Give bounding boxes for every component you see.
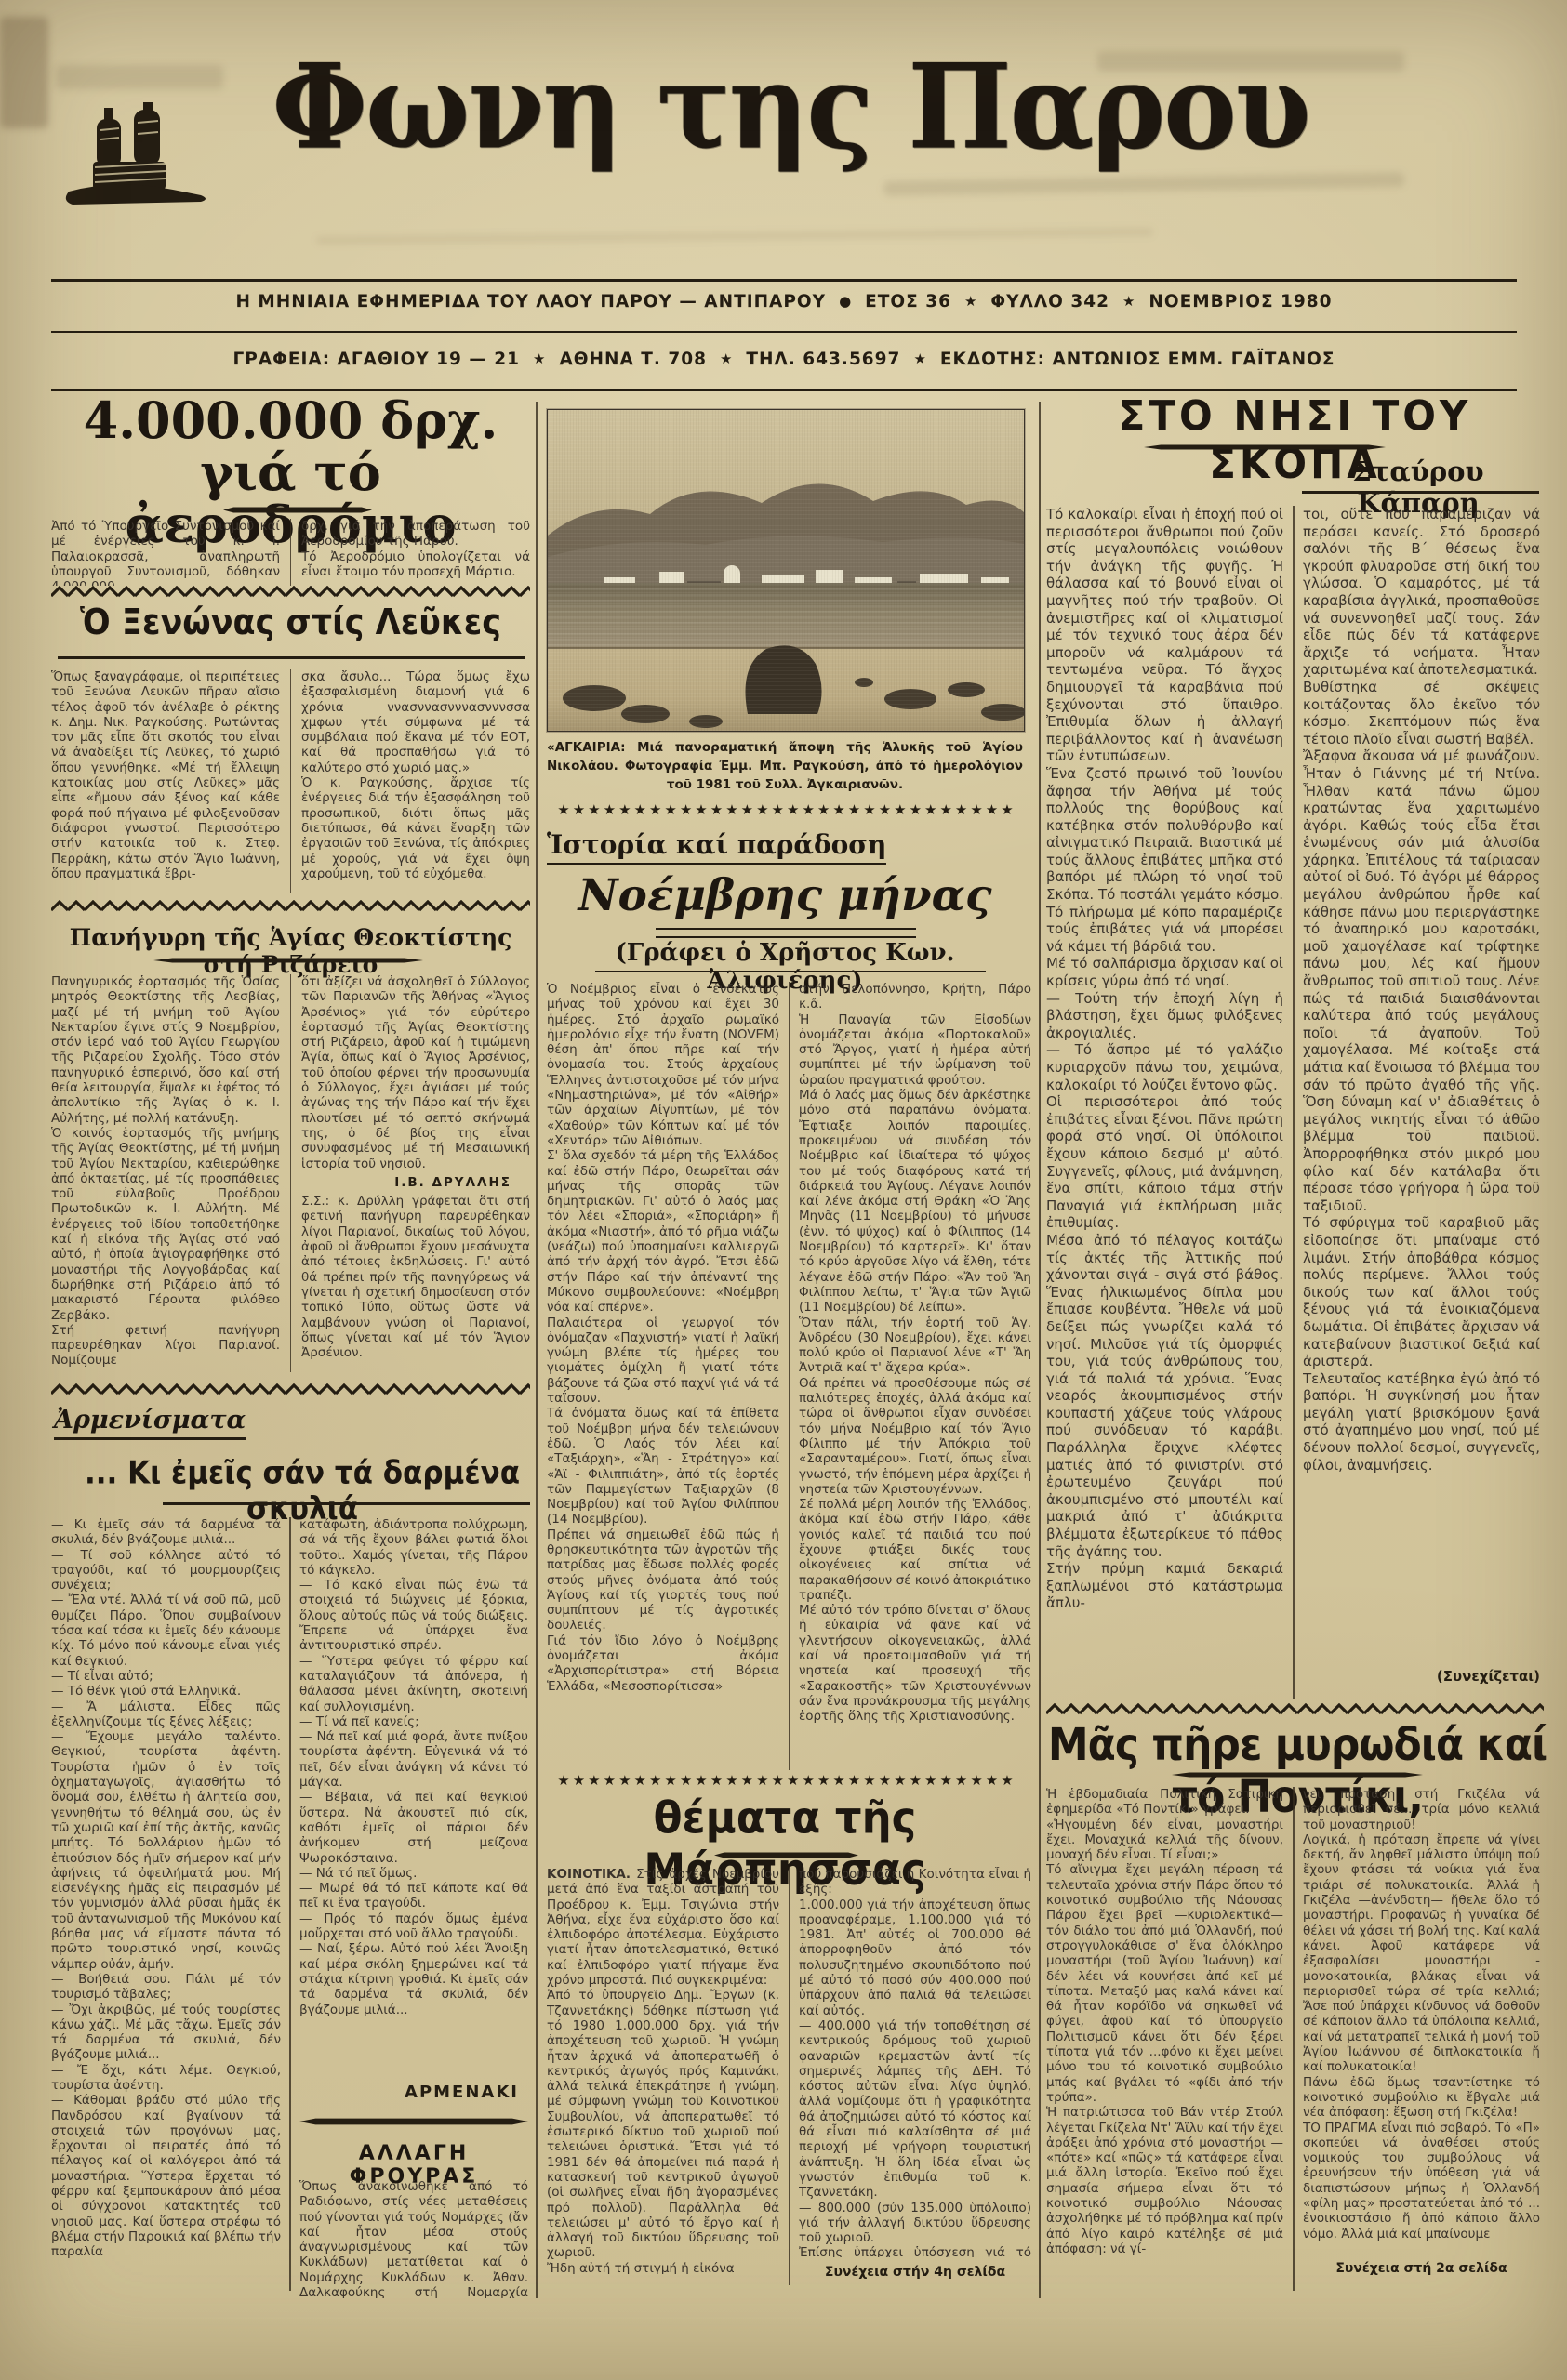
ink-smudge	[316, 228, 1153, 244]
column-divider	[1039, 402, 1041, 2298]
wavy-divider	[1046, 1703, 1544, 1715]
star-separator-icon: ★	[520, 350, 559, 367]
article-theoktisti-body: Πανηγυρικός ἑορτασμός τῆς Ὁσίας μητρός Θ…	[51, 974, 530, 1372]
continuation-note: Συνέχεια στή 2α σελίδα	[1303, 2261, 1540, 2276]
taper-rule	[1172, 1772, 1423, 1778]
paper-year: ΕΤΟΣ 36	[865, 292, 951, 311]
rule	[51, 279, 1517, 282]
article-airport-body: Ἀπό τό Ὑπουργεῖο Συντονισμοῦ καί μέ ἐνέρ…	[51, 519, 530, 586]
column-divider	[789, 1867, 790, 2285]
rule	[595, 971, 986, 972]
ink-smudge	[56, 65, 223, 89]
article-skopa-col2: τοι, οὔτε πού παραμέριζαν νά περάσει καν…	[1303, 506, 1540, 1659]
article-theoktisti-col2: ὅτι ἀξίζει νά ἀσχοληθεῖ ὁ Σύλλογος τῶν Π…	[290, 974, 530, 1372]
paper-info-line: Η ΜΗΝΙΑΙΑ ΕΦΗΜΕΡΙΔΑ ΤΟΥ ΛΑΟΥ ΠΑΡΟΥ — ΑΝΤ…	[51, 292, 1517, 311]
column-divider	[536, 402, 538, 2298]
rule	[163, 1502, 530, 1505]
article-airport-col1: Ἀπό τό Ὑπουργεῖο Συντονισμοῦ καί μέ ἐνέρ…	[51, 519, 290, 586]
star-separator-icon: ★	[707, 350, 746, 367]
column-divider	[1293, 1787, 1295, 2291]
photo-caption: «ΑΓΚΑΙΡΙΑ: Μιά πανοραματική ἄποψη τῆς Ἁλ…	[547, 738, 1023, 798]
rule	[58, 656, 525, 659]
section-label-istoria: Ἱστορία καί παράδοση	[547, 829, 886, 865]
article-allagi-body: Ὅπως ἀνακοινώθηκε ἀπό τό Ραδιόφωνο, στίς…	[299, 2179, 528, 2298]
article-marpissa-lead: ΚΟΙΝΟΤΙΚΑ.	[547, 1867, 631, 1882]
article-pontiki-col1: Ἡ ἑβδομαδιαία Πολιτική Σατιρική ἐφημερίδ…	[1046, 1787, 1283, 2291]
wavy-divider	[51, 586, 530, 598]
article-noemvris-col2: στήν Πελοπόννησο, Κρήτη, Πάρο κ.ἄ. Ἡ Παν…	[799, 982, 1031, 1770]
photo-rocks	[548, 610, 1024, 731]
paper-offices: ΓΡΑΦΕΙΑ: ΑΓΑΘΙΟΥ 19 — 21	[232, 350, 520, 369]
continuation-note: Συνέχεια στήν 4η σελίδα	[799, 2265, 1031, 2280]
rule	[1302, 491, 1539, 494]
article-theoktisti-note: Σ.Σ.: κ. Δρύλλη γράφεται ὅτι στή φετινή …	[301, 1194, 530, 1360]
paper-offices-line: ΓΡΑΦΕΙΑ: ΑΓΑΘΙΟΥ 19 — 21★ΑΘΗΝΑ Τ. 708★ΤΗ…	[51, 350, 1517, 369]
author-signature: ΑΡΜΕΝΑΚΙ	[299, 2082, 519, 2102]
paper-subtitle: Η ΜΗΝΙΑΙΑ ΕΦΗΜΕΡΙΔΑ ΤΟΥ ΛΑΟΥ ΠΑΡΟΥ — ΑΝΤ…	[235, 292, 826, 311]
masthead-logo-windmill-icon	[61, 102, 215, 225]
photo-alyki-agios-nikolaos	[547, 409, 1025, 732]
star-separator-icon: ★	[1109, 293, 1149, 310]
taper-rule	[714, 1852, 858, 1858]
paper-publisher: ΕΚΔΟΤΗΣ: ΑΝΤΩΝΙΟΣ ΕΜΜ. ΓΑΪΤΑΝΟΣ	[940, 350, 1335, 369]
bullet-icon: ●	[826, 293, 865, 310]
newspaper-page: Φωνη της Παρου Η ΜΗΝΙΑΙΑ ΕΦΗΜΕΡΙΔΑ ΤΟΥ Λ…	[0, 0, 1567, 2380]
paper-city: ΑΘΗΝΑ Τ. 708	[559, 350, 706, 369]
newspaper-title: Φωνη της Παρου	[209, 48, 1372, 165]
headline-theoktisti: Πανήγυρη τῆς Ἁγίας Θεοκτίστης στή Ριζάρε…	[51, 924, 530, 978]
article-pontiki-col2: νει πρόταση στή Γκιζέλα νά περιορισθεῖ σ…	[1303, 1787, 1540, 2256]
continuation-note: (Συνεχίζεται)	[1303, 1668, 1540, 1685]
paper-date: ΝΟΕΜΒΡΙΟΣ 1980	[1149, 292, 1332, 311]
taper-rule	[153, 958, 423, 963]
author-signature: Ι.Β. ΔΡΥΛΛΗΣ	[301, 1171, 530, 1194]
paper-phone: ΤΗΛ. 643.5697	[746, 350, 900, 369]
column-divider	[289, 1517, 291, 2291]
article-xenonas-body: Ὅπως ξαναγράφαμε, οἱ περιπέτειες τοῦ Ξεν…	[51, 669, 530, 892]
star-separator-icon: ★	[951, 293, 990, 310]
article-armenismata-col1: — Κι ἐμεῖς σάν τά δαρμένα τά σκυλιά, δέν…	[51, 1517, 281, 2272]
article-armenismata-col2: κατάφωτη, ἀδιάντροπα πολύχρωμη, σά νά τῆ…	[299, 1517, 528, 2073]
article-skopa-col1: Τό καλοκαίρι εἶναι ἡ ἐποχή πού οἱ περισσ…	[1046, 506, 1283, 1699]
article-theoktisti-col1: Πανηγυρικός ἑορτασμός τῆς Ὁσίας μητρός Θ…	[51, 974, 290, 1372]
stars-divider: ★★★★★★★★★★★★★★★★★★★★★★★★★★★★★★	[539, 801, 1034, 818]
double-rule	[656, 928, 916, 938]
column-divider	[1293, 506, 1295, 1699]
headline-noemvris: Νοέμβρης μήνας	[547, 870, 1023, 921]
article-xenonas-col1: Ὅπως ξαναγράφαμε, οἱ περιπέτειες τοῦ Ξεν…	[51, 669, 290, 892]
wavy-divider	[51, 900, 530, 912]
article-marpissa-col1: ΚΟΙΝΟΤΙΚΑ. Στίς ἀρχές Νοεμβρίου μετά ἀπό…	[547, 1867, 779, 2274]
wavy-divider	[51, 1383, 530, 1395]
stars-divider: ★★★★★★★★★★★★★★★★★★★★★★★★★★★★★★	[539, 1772, 1034, 1789]
article-airport-col2: δρχ. γιά τήν ἀποπεράτωση τοῦ Ἀεροδρομίου…	[290, 519, 530, 586]
taper-rule	[1144, 444, 1386, 450]
article-marpissa-col2: πού παρουσιάζει ἡ Κοινότητα εἶναι ἡ ἑξῆς…	[799, 1867, 1031, 2257]
paper-issue: ΦΥΛΛΟ 342	[990, 292, 1109, 311]
column-divider	[789, 982, 790, 1770]
article-theoktisti-col2-text: ὅτι ἀξίζει νά ἀσχοληθεῖ ὁ Σύλλογος τῶν Π…	[301, 974, 530, 1171]
rule	[51, 331, 1517, 333]
taper-rule	[223, 507, 372, 513]
article-noemvris-col1: Ὁ Νοέμβριος εἶναι ὁ ἑνδέκατος μήνας τοῦ …	[547, 982, 779, 1770]
ink-smudge	[883, 172, 1404, 196]
headline-xenonas: Ὁ Ξενώνας στίς Λεῦκες	[51, 602, 530, 642]
article-marpissa-col1-text: Στίς ἀρχές Νοεμβρίου μετά ἀπό ἕνα ταξίδι…	[547, 1867, 779, 2274]
section-label-armenismata: Ἀρμενίσματα	[54, 1406, 246, 1440]
taper-rule	[299, 2118, 528, 2125]
ink-smudge	[0, 17, 48, 128]
star-separator-icon: ★	[900, 350, 939, 367]
article-xenonas-col2: σκα ἄσυλο... Τώρα ὅμως ἔχω ἐξασφαλισμένη…	[290, 669, 530, 892]
